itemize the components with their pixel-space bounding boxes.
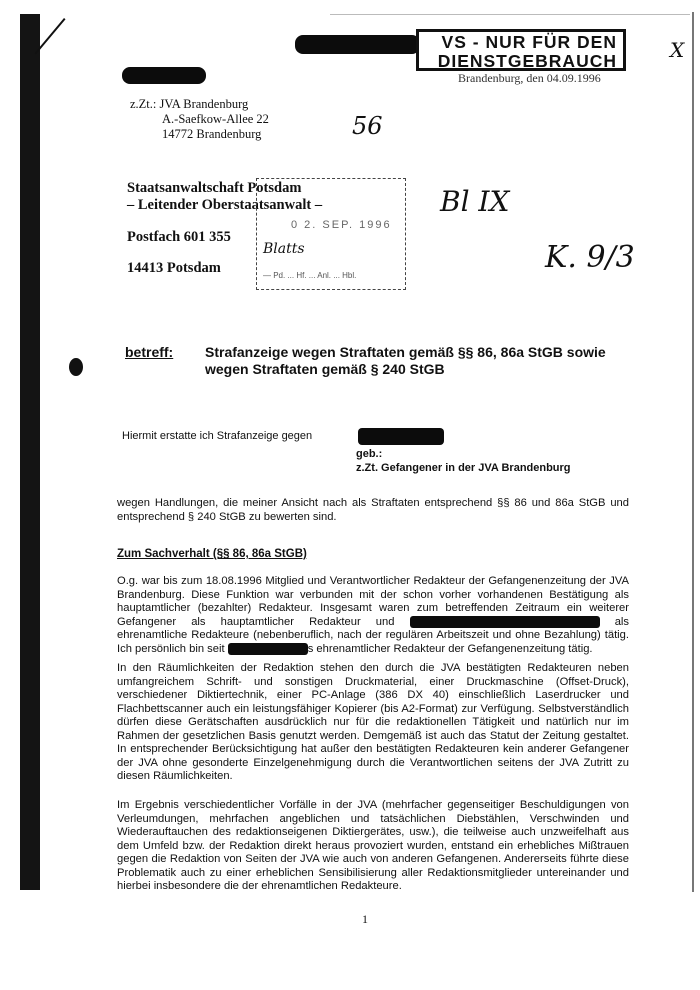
intro-text: Hiermit erstatte ich Strafanzeige gegen <box>122 430 312 442</box>
paragraph-1-part-3: s ehrenamtlicher Redakteur der Gefangene… <box>308 643 593 655</box>
redaction-date <box>228 643 308 655</box>
classification-line-1: VS - NUR FÜR DEN <box>419 33 617 52</box>
accused-status: z.Zt. Gefangener in der JVA Brandenburg <box>356 461 571 475</box>
sender-line-2: A.-Saefkow-Allee 22 <box>130 112 269 127</box>
classification-stamp: VS - NUR FÜR DEN DIENSTGEBRAUCH <box>416 29 626 71</box>
handwritten-mark-bl-ix: Bl IX <box>440 185 509 218</box>
sender-prefix: z.Zt.: <box>130 97 156 111</box>
statement-text: wegen Handlungen, die meiner Ansicht nac… <box>117 497 629 524</box>
paragraph-1: O.g. war bis zum 18.08.1996 Mitglied und… <box>117 575 629 656</box>
sender-address: z.Zt.: JVA Brandenburg A.-Saefkow-Allee … <box>130 97 269 142</box>
letter-date: Brandenburg, den 04.09.1996 <box>458 71 601 86</box>
recipient-city: 14413 Potsdam <box>127 260 221 277</box>
accused-details: geb.: z.Zt. Gefangener in der JVA Brande… <box>356 447 571 475</box>
entry-stamp-date: 0 2. SEP. 1996 <box>291 219 392 231</box>
redaction-names <box>410 616 600 628</box>
page-number: 1 <box>362 912 368 927</box>
entry-stamp-footer: — Pd. ... Hf. ... Anl. ... Hbl. <box>263 271 356 280</box>
sender-line-1: JVA Brandenburg <box>160 97 249 111</box>
paragraph-2: In den Räumlichkeiten der Redaktion steh… <box>117 662 629 784</box>
subject-line-2: wegen Straftaten gemäß § 240 StGB <box>205 361 606 378</box>
entry-stamp: 0 2. SEP. 1996 Blatts — Pd. ... Hf. ... … <box>256 178 406 290</box>
scan-margin-bar <box>20 14 40 890</box>
redaction-accused-name <box>358 428 444 445</box>
sender-line-3: 14772 Brandenburg <box>130 127 269 142</box>
redaction-sender-name <box>122 67 206 84</box>
subject-label: betreff: <box>125 344 173 360</box>
accused-geb: geb.: <box>356 447 571 461</box>
paragraph-3: Im Ergebnis verschiedentlicher Vorfälle … <box>117 799 629 894</box>
subject-line-1: Strafanzeige wegen Straftaten gemäß §§ 8… <box>205 344 606 361</box>
recipient-postfach: Postfach 601 355 <box>127 229 231 246</box>
redaction-header <box>295 35 420 54</box>
handwritten-mark-x: X <box>670 38 684 62</box>
subject-text: Strafanzeige wegen Straftaten gemäß §§ 8… <box>205 344 606 378</box>
page-edge-right <box>692 12 694 892</box>
handwritten-mark-56: 56 <box>352 112 383 140</box>
section-heading: Zum Sachverhalt (§§ 86, 86a StGB) <box>117 548 307 560</box>
classification-line-2: DIENSTGEBRAUCH <box>419 52 617 71</box>
page-edge-top <box>330 14 690 15</box>
entry-stamp-blatt: Blatts <box>263 241 305 257</box>
handwritten-mark-initials: K. 9/3 <box>545 240 635 275</box>
punch-hole-mark <box>69 358 83 376</box>
